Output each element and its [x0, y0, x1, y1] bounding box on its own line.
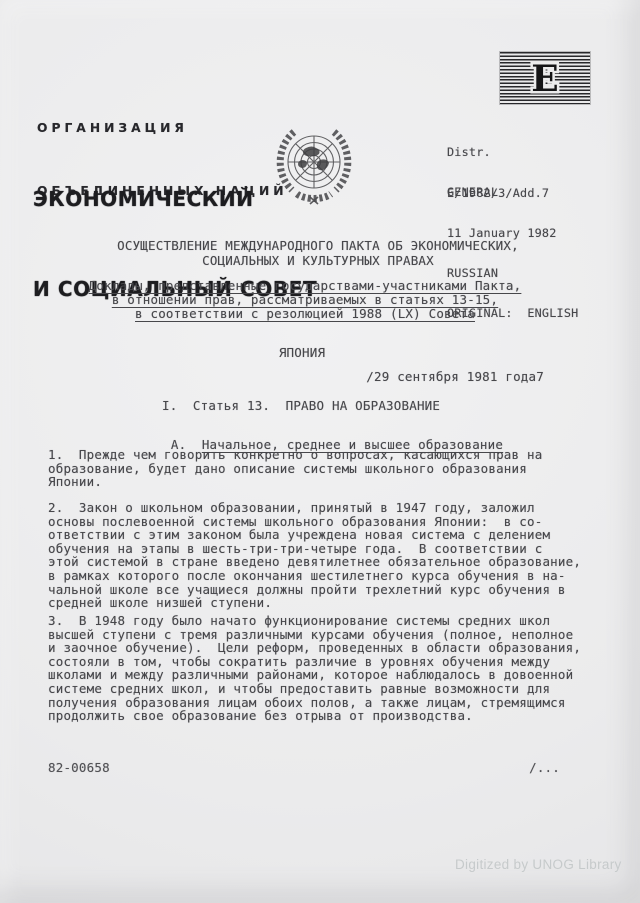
continuation-mark: /... — [529, 761, 560, 775]
distr-label: Distr. — [447, 146, 498, 159]
report-date: /29 сентября 1981 года7 — [366, 370, 544, 384]
doc-symbol: E/1982/3/Add.7 — [447, 187, 578, 200]
doc-job-number: 82-00658 — [48, 761, 110, 775]
digitization-watermark: Digitized by UNOG Library — [455, 857, 622, 872]
paragraph-3: 3. В 1948 году было начато функционирова… — [48, 614, 596, 723]
paragraph-1: 1. Прежде чем говорить конкретно о вопро… — [48, 448, 596, 489]
e-series-letter: E — [521, 54, 569, 102]
e-series-stamp: E — [500, 52, 590, 104]
un-emblem-icon — [272, 125, 356, 207]
e-stamp-letter: E — [531, 58, 558, 100]
section-heading: I. Статья 13. ПРАВО НА ОБРАЗОВАНИЕ — [162, 399, 440, 413]
document-title: ОСУЩЕСТВЛЕНИЕ МЕЖДУНАРОДНОГО ПАКТА ОБ ЭК… — [0, 238, 636, 268]
scanned-document-page: ОРГАНИЗАЦИЯ ОБЪЕДИНЕННЫХ НАЦИЙ ЭКОНОМИЧЕ… — [0, 0, 640, 903]
paragraph-2: 2. Закон о школьном образовании, приняты… — [48, 501, 596, 610]
country-heading: ЯПОНИЯ — [0, 346, 604, 360]
document-subtitle: Доклады, представленные государствами-уч… — [0, 279, 610, 320]
